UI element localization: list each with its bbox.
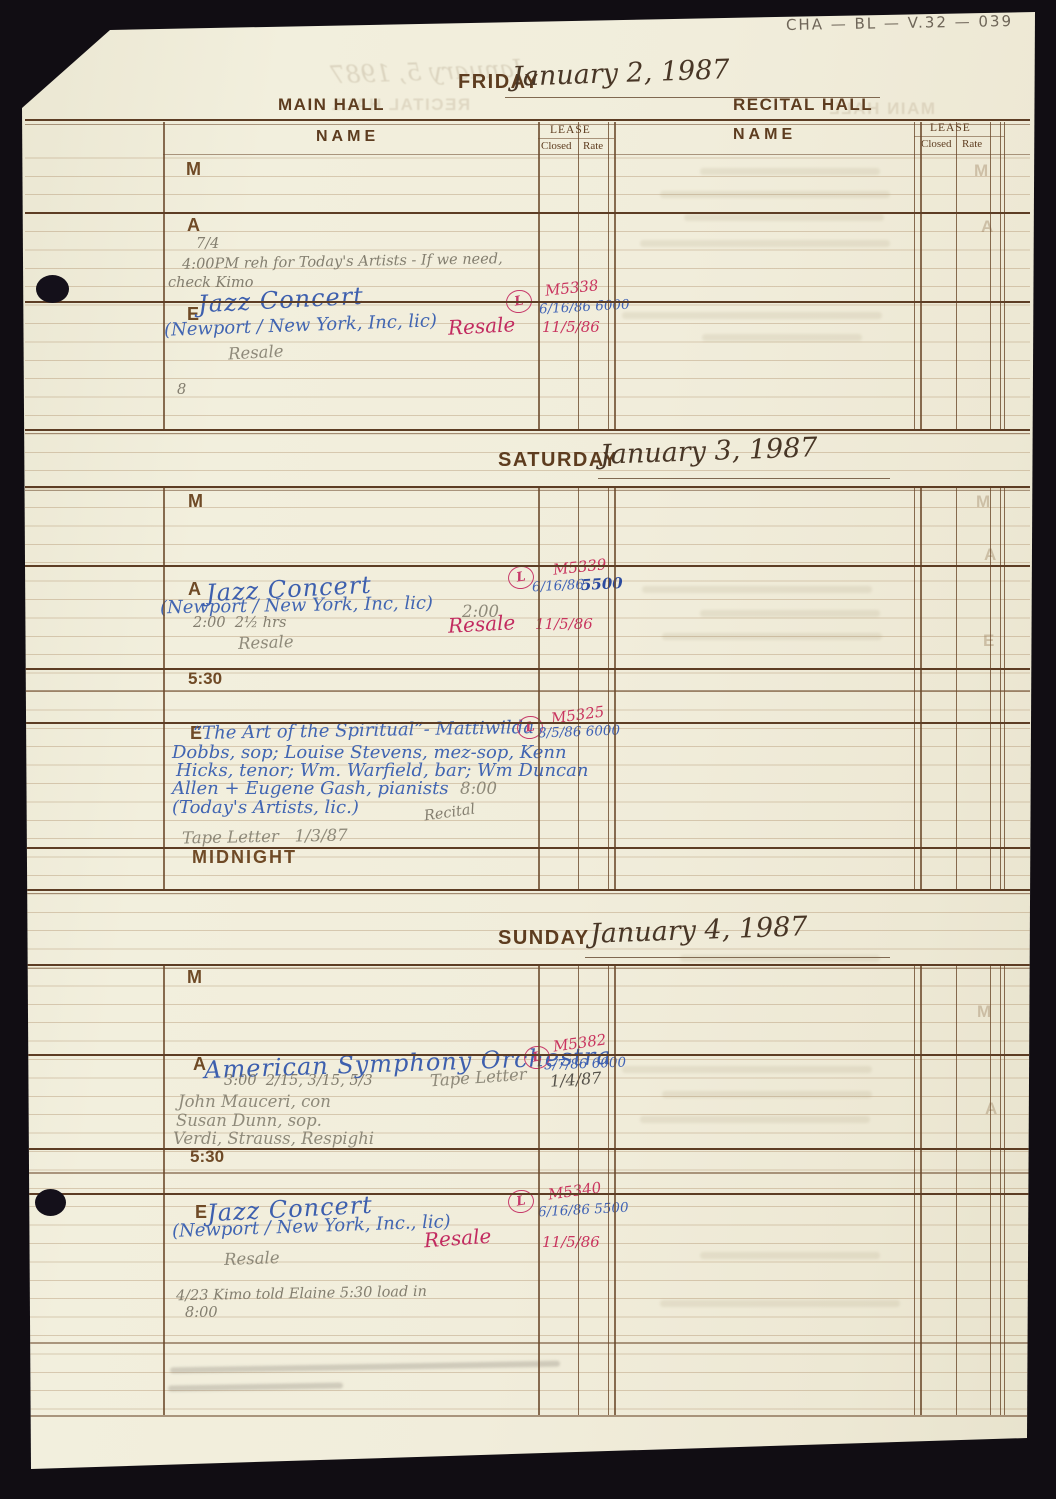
ghost-writing	[660, 191, 890, 198]
ghost-writing	[700, 610, 880, 617]
punch-hole-bottom	[35, 1189, 66, 1216]
section-line	[25, 429, 1030, 431]
ghost-writing	[642, 586, 872, 593]
sat-a-resale-pencil: Resale	[238, 633, 294, 652]
column-line	[578, 965, 579, 1415]
column-line	[608, 965, 609, 1415]
fri-resale-red: Resale	[447, 314, 515, 338]
fri-resale-date: 11/5/86	[542, 320, 600, 336]
column-line	[608, 487, 609, 891]
column-line	[920, 965, 922, 1415]
column-line	[1000, 487, 1001, 891]
column-line	[163, 122, 165, 429]
ghost-writing	[622, 312, 882, 319]
archive-code: CHA — BL — V.32 — 039	[786, 14, 1013, 34]
rate-header-right: Rate	[962, 139, 982, 151]
sun-a-sop: Susan Dunn, sop.	[176, 1112, 322, 1129]
sun-slot-m: M	[187, 968, 202, 987]
paper-sheet: CHA — BL — V.32 — 039FRIDAYJanuary 2, 19…	[0, 0, 1056, 1499]
section-line	[25, 124, 1030, 125]
column-line	[1004, 122, 1005, 429]
section-line	[25, 486, 1030, 488]
column-line	[1000, 122, 1001, 429]
section-line	[25, 668, 1030, 670]
sun-a-tapedate: 1/4/87	[549, 1070, 602, 1090]
section-line	[25, 301, 1030, 303]
ghost-writing	[700, 1252, 880, 1259]
sun-a-cond: John Mauceri, con	[178, 1093, 331, 1110]
sat-slot-530: 5:30	[188, 670, 222, 688]
fri-slot-m: M	[186, 160, 201, 179]
column-line	[1000, 965, 1001, 1415]
fri-a-note1: 7/4	[196, 237, 219, 252]
column-line	[956, 487, 957, 891]
sat-e-tape: Tape Letter 1/3/87	[182, 827, 348, 847]
ghost-writing	[662, 1091, 872, 1098]
column-line	[538, 965, 540, 1415]
column-line	[163, 965, 165, 1415]
section-line	[163, 154, 1030, 155]
friday-date: January 2, 1987	[512, 56, 730, 92]
ghost-slot-a-3: A	[985, 1100, 997, 1118]
column-line	[608, 122, 609, 429]
ghost-slot-m-2: M	[976, 493, 990, 511]
section-line	[25, 964, 1030, 966]
ghost-slot-m-1: M	[974, 162, 988, 180]
column-line	[920, 487, 922, 891]
section-line	[25, 1148, 1030, 1150]
section-line	[538, 138, 614, 139]
sat-e-time: 8:00	[460, 780, 497, 797]
section-line	[25, 490, 1030, 491]
ghost-slot-a-1: A	[981, 218, 993, 236]
lease-header-left: LEASE	[550, 124, 591, 136]
column-line	[1004, 965, 1005, 1415]
sun-a-prog: Verdi, Strauss, Respighi	[173, 1130, 374, 1147]
section-line	[25, 119, 1030, 121]
section-line	[914, 136, 1004, 137]
sat-lease-date: 6/16/86	[532, 578, 585, 595]
ghost-writing	[622, 1066, 872, 1073]
ghost-writing	[660, 1300, 900, 1307]
column-line	[914, 122, 915, 429]
column-line	[163, 487, 165, 891]
saturday-date-underline	[598, 478, 890, 479]
closed-header-left: Closed	[541, 141, 572, 153]
sat-slot-m: M	[188, 492, 203, 511]
scanned-ledger-page: CHA — BL — V.32 — 039FRIDAYJanuary 2, 19…	[0, 0, 1056, 1499]
column-line	[990, 122, 991, 429]
ghost-recital-hall: RECITAL HALL	[330, 96, 470, 114]
sun-e-resale-red: Resale	[423, 1226, 492, 1252]
section-line	[25, 1342, 1030, 1344]
ghost-writing	[640, 1116, 870, 1123]
section-line	[25, 889, 1030, 891]
name-header-right: NAME	[733, 127, 796, 144]
closed-header-right: Closed	[921, 139, 952, 151]
column-line	[920, 122, 922, 429]
ghost-writing	[680, 955, 880, 962]
column-line	[538, 122, 540, 429]
section-line	[25, 212, 1030, 214]
sat-a-resale-date: 11/5/86	[535, 617, 593, 633]
column-line	[956, 965, 957, 1415]
column-line	[578, 487, 579, 891]
section-line	[25, 565, 1030, 567]
ghost-slot-e-2: E	[983, 632, 994, 650]
sun-e-resale-date: 11/5/86	[542, 1235, 600, 1251]
section-line	[25, 690, 1030, 692]
sat-a-resale-red: Resale	[447, 612, 515, 636]
column-line	[614, 965, 616, 1415]
column-line	[538, 487, 540, 891]
sunday-label: SUNDAY	[498, 928, 590, 949]
fri-e-8: 8	[177, 383, 186, 398]
sun-slot-530: 5:30	[190, 1148, 224, 1166]
ghost-main-hall: MAIN HALL	[828, 100, 935, 118]
column-line	[990, 965, 991, 1415]
section-line	[25, 968, 1030, 969]
ghost-writing	[684, 214, 884, 221]
ghost-writing	[662, 633, 882, 640]
fri-e-resale: Resale	[228, 343, 284, 363]
column-line	[578, 122, 579, 429]
section-line	[25, 1172, 1030, 1174]
section-line	[25, 433, 1030, 434]
rate-header-left: Rate	[583, 141, 603, 153]
sat-slot-midnight: MIDNIGHT	[192, 848, 297, 867]
section-line	[25, 1054, 1030, 1056]
section-line	[25, 722, 1030, 724]
section-line	[25, 893, 1030, 894]
sun-e-note2: 8:00	[185, 1306, 218, 1321]
section-line	[25, 1193, 1030, 1195]
ghost-writing	[700, 168, 880, 175]
sun-e-resale-pencil: Resale	[224, 1249, 280, 1268]
column-line	[914, 487, 915, 891]
sat-a-time: 2:00 2½ hrs	[193, 616, 286, 631]
section-line	[25, 847, 1030, 849]
column-line	[1004, 487, 1005, 891]
column-line	[990, 487, 991, 891]
name-header-left: NAME	[316, 129, 379, 146]
column-line	[914, 965, 915, 1415]
sat-lease-rate: 5500	[581, 576, 624, 594]
ghost-writing	[640, 240, 890, 247]
sun-a-times: 3:00 2/15, 3/15, 5/3	[224, 1074, 373, 1089]
section-line	[25, 1415, 1030, 1417]
fri-slot-a: A	[187, 216, 200, 235]
column-line	[614, 122, 616, 429]
sat-e-line5: (Today's Artists, lic.)	[172, 799, 359, 818]
column-line	[614, 487, 616, 891]
ghost-writing	[702, 334, 862, 341]
column-line	[956, 122, 957, 429]
punch-hole-top	[36, 275, 69, 303]
